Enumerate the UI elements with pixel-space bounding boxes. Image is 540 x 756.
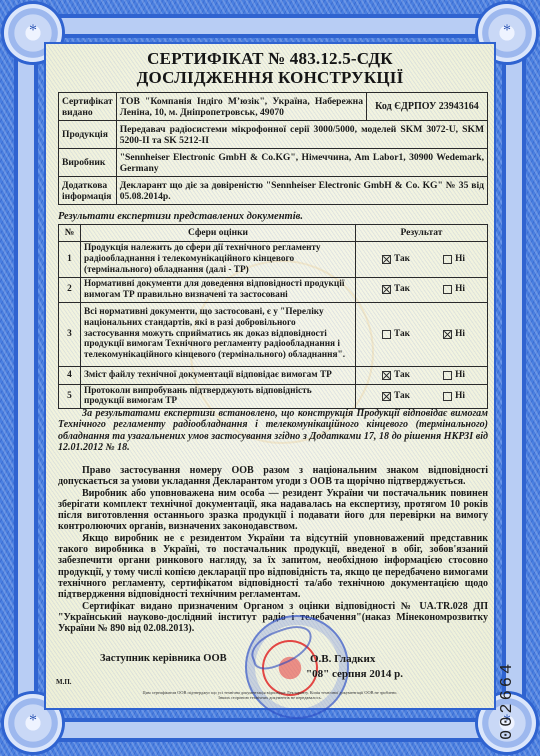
header-result: Результат (356, 225, 488, 242)
info-label: Продукція (59, 121, 117, 149)
checkbox-icon[interactable] (443, 255, 452, 264)
assessment-text: Продукція належить до сфери дії технічно… (81, 242, 356, 278)
paragraph: Виробник або уповноважена ним особа — ре… (58, 488, 488, 533)
option-yes[interactable]: Так (382, 254, 410, 265)
body-paragraphs: Право застосування номеру ООВ разом з на… (58, 465, 488, 634)
row-number: 3 (59, 302, 81, 366)
option-yes[interactable]: Так (382, 391, 410, 402)
border-band-left (14, 40, 38, 716)
checkbox-icon[interactable] (382, 255, 391, 264)
table-row: 2Нормативні документи для доведення відп… (59, 278, 488, 303)
table-row: 5Протоколи випробувань підтверджують від… (59, 384, 488, 409)
option-yes[interactable]: Так (382, 370, 410, 381)
table-row: Виробник "Sennheiser Electronic GmbH & C… (59, 149, 488, 177)
results-table: № Сфери оцінки Результат 1Продукція нале… (58, 224, 488, 409)
option-no[interactable]: Ні (443, 391, 465, 402)
title-line-2: ДОСЛІДЖЕННЯ КОНСТРУКЦІЇ (0, 68, 540, 87)
paragraph: Якщо виробник не є резидентом України та… (58, 533, 488, 601)
table-row: Продукція Передавач радіосистеми мікрофо… (59, 121, 488, 149)
checkbox-icon[interactable] (382, 392, 391, 401)
option-yes[interactable]: Так (382, 329, 410, 340)
option-yes[interactable]: Так (382, 284, 410, 295)
seal-place-label: М.П. (56, 678, 72, 686)
assessment-text: Нормативні документи для доведення відпо… (81, 278, 356, 303)
assessment-text: Всі нормативні документи, що застосовані… (81, 302, 356, 366)
assessment-text: Зміст файлу технічної документації відпо… (81, 366, 356, 384)
result-cell: ТакНі (356, 384, 488, 409)
result-cell: ТакНі (356, 366, 488, 384)
signatory-role: Заступник керівника ООВ (100, 653, 227, 664)
option-no[interactable]: Ні (443, 284, 465, 295)
info-label: Додаткова інформація (59, 177, 117, 205)
result-cell: ТакНі (356, 242, 488, 278)
paragraph: Право застосування номеру ООВ разом з на… (58, 465, 488, 488)
border-band-top (30, 14, 510, 38)
info-table: Сертифікат видано ТОВ "Компанія Індіго М… (58, 92, 488, 205)
header-sphere: Сфери оцінки (81, 225, 356, 242)
checkbox-icon[interactable] (382, 285, 391, 294)
border-band-right (502, 40, 526, 716)
checkbox-icon[interactable] (443, 285, 452, 294)
signatory-name: О.В. Гладких (310, 653, 375, 665)
assessment-text: Протоколи випробувань підтверджують відп… (81, 384, 356, 409)
table-row: Сертифікат видано ТОВ "Компанія Індіго М… (59, 93, 488, 121)
title-line-1: СЕРТИФІКАТ № 483.12.5-СДК (0, 49, 540, 68)
table-row: 4Зміст файлу технічної документації відп… (59, 366, 488, 384)
table-row: 3Всі нормативні документи, що застосован… (59, 302, 488, 366)
header-num: № (59, 225, 81, 242)
info-value: Декларант що діє за довіреністю "Sennhei… (116, 177, 487, 205)
results-section-title: Результати експертизи представлених доку… (58, 211, 303, 222)
edrpou-code: Код ЄДРПОУ 23943164 (367, 93, 488, 121)
checkbox-icon[interactable] (443, 371, 452, 380)
info-label: Виробник (59, 149, 117, 177)
table-row: 1Продукція належить до сфери дії технічн… (59, 242, 488, 278)
row-number: 5 (59, 384, 81, 409)
option-no[interactable]: Ні (443, 254, 465, 265)
info-value: "Sennheiser Electronic GmbH & Co.KG", Ні… (116, 149, 487, 177)
option-no[interactable]: Ні (443, 370, 465, 381)
checkbox-icon[interactable] (382, 371, 391, 380)
checkbox-icon[interactable] (382, 330, 391, 339)
footnote: Цим сертифікатом ООВ підтверджує що усі … (100, 690, 440, 700)
table-row: Додаткова інформація Декларант що діє за… (59, 177, 488, 205)
certificate-title: СЕРТИФІКАТ № 483.12.5-СДК ДОСЛІДЖЕННЯ КО… (0, 49, 540, 87)
info-label: Сертифікат видано (59, 93, 117, 121)
row-number: 1 (59, 242, 81, 278)
result-cell: ТакНі (356, 302, 488, 366)
option-no[interactable]: Ні (443, 329, 465, 340)
checkbox-icon[interactable] (443, 392, 452, 401)
serial-number: 002664 (498, 661, 517, 740)
table-header-row: № Сфери оцінки Результат (59, 225, 488, 242)
info-value: ТОВ "Компанія Індіго М’юзік", Україна, Н… (116, 93, 366, 121)
result-cell: ТакНі (356, 278, 488, 303)
row-number: 4 (59, 366, 81, 384)
border-band-bottom (30, 718, 510, 742)
row-number: 2 (59, 278, 81, 303)
issue-date: "08" серпня 2014 р. (306, 668, 403, 680)
checkbox-icon[interactable] (443, 330, 452, 339)
conclusion-text: За результатами експертизи встановлено, … (58, 408, 488, 453)
info-value: Передавач радіосистеми мікрофонної серії… (116, 121, 487, 149)
